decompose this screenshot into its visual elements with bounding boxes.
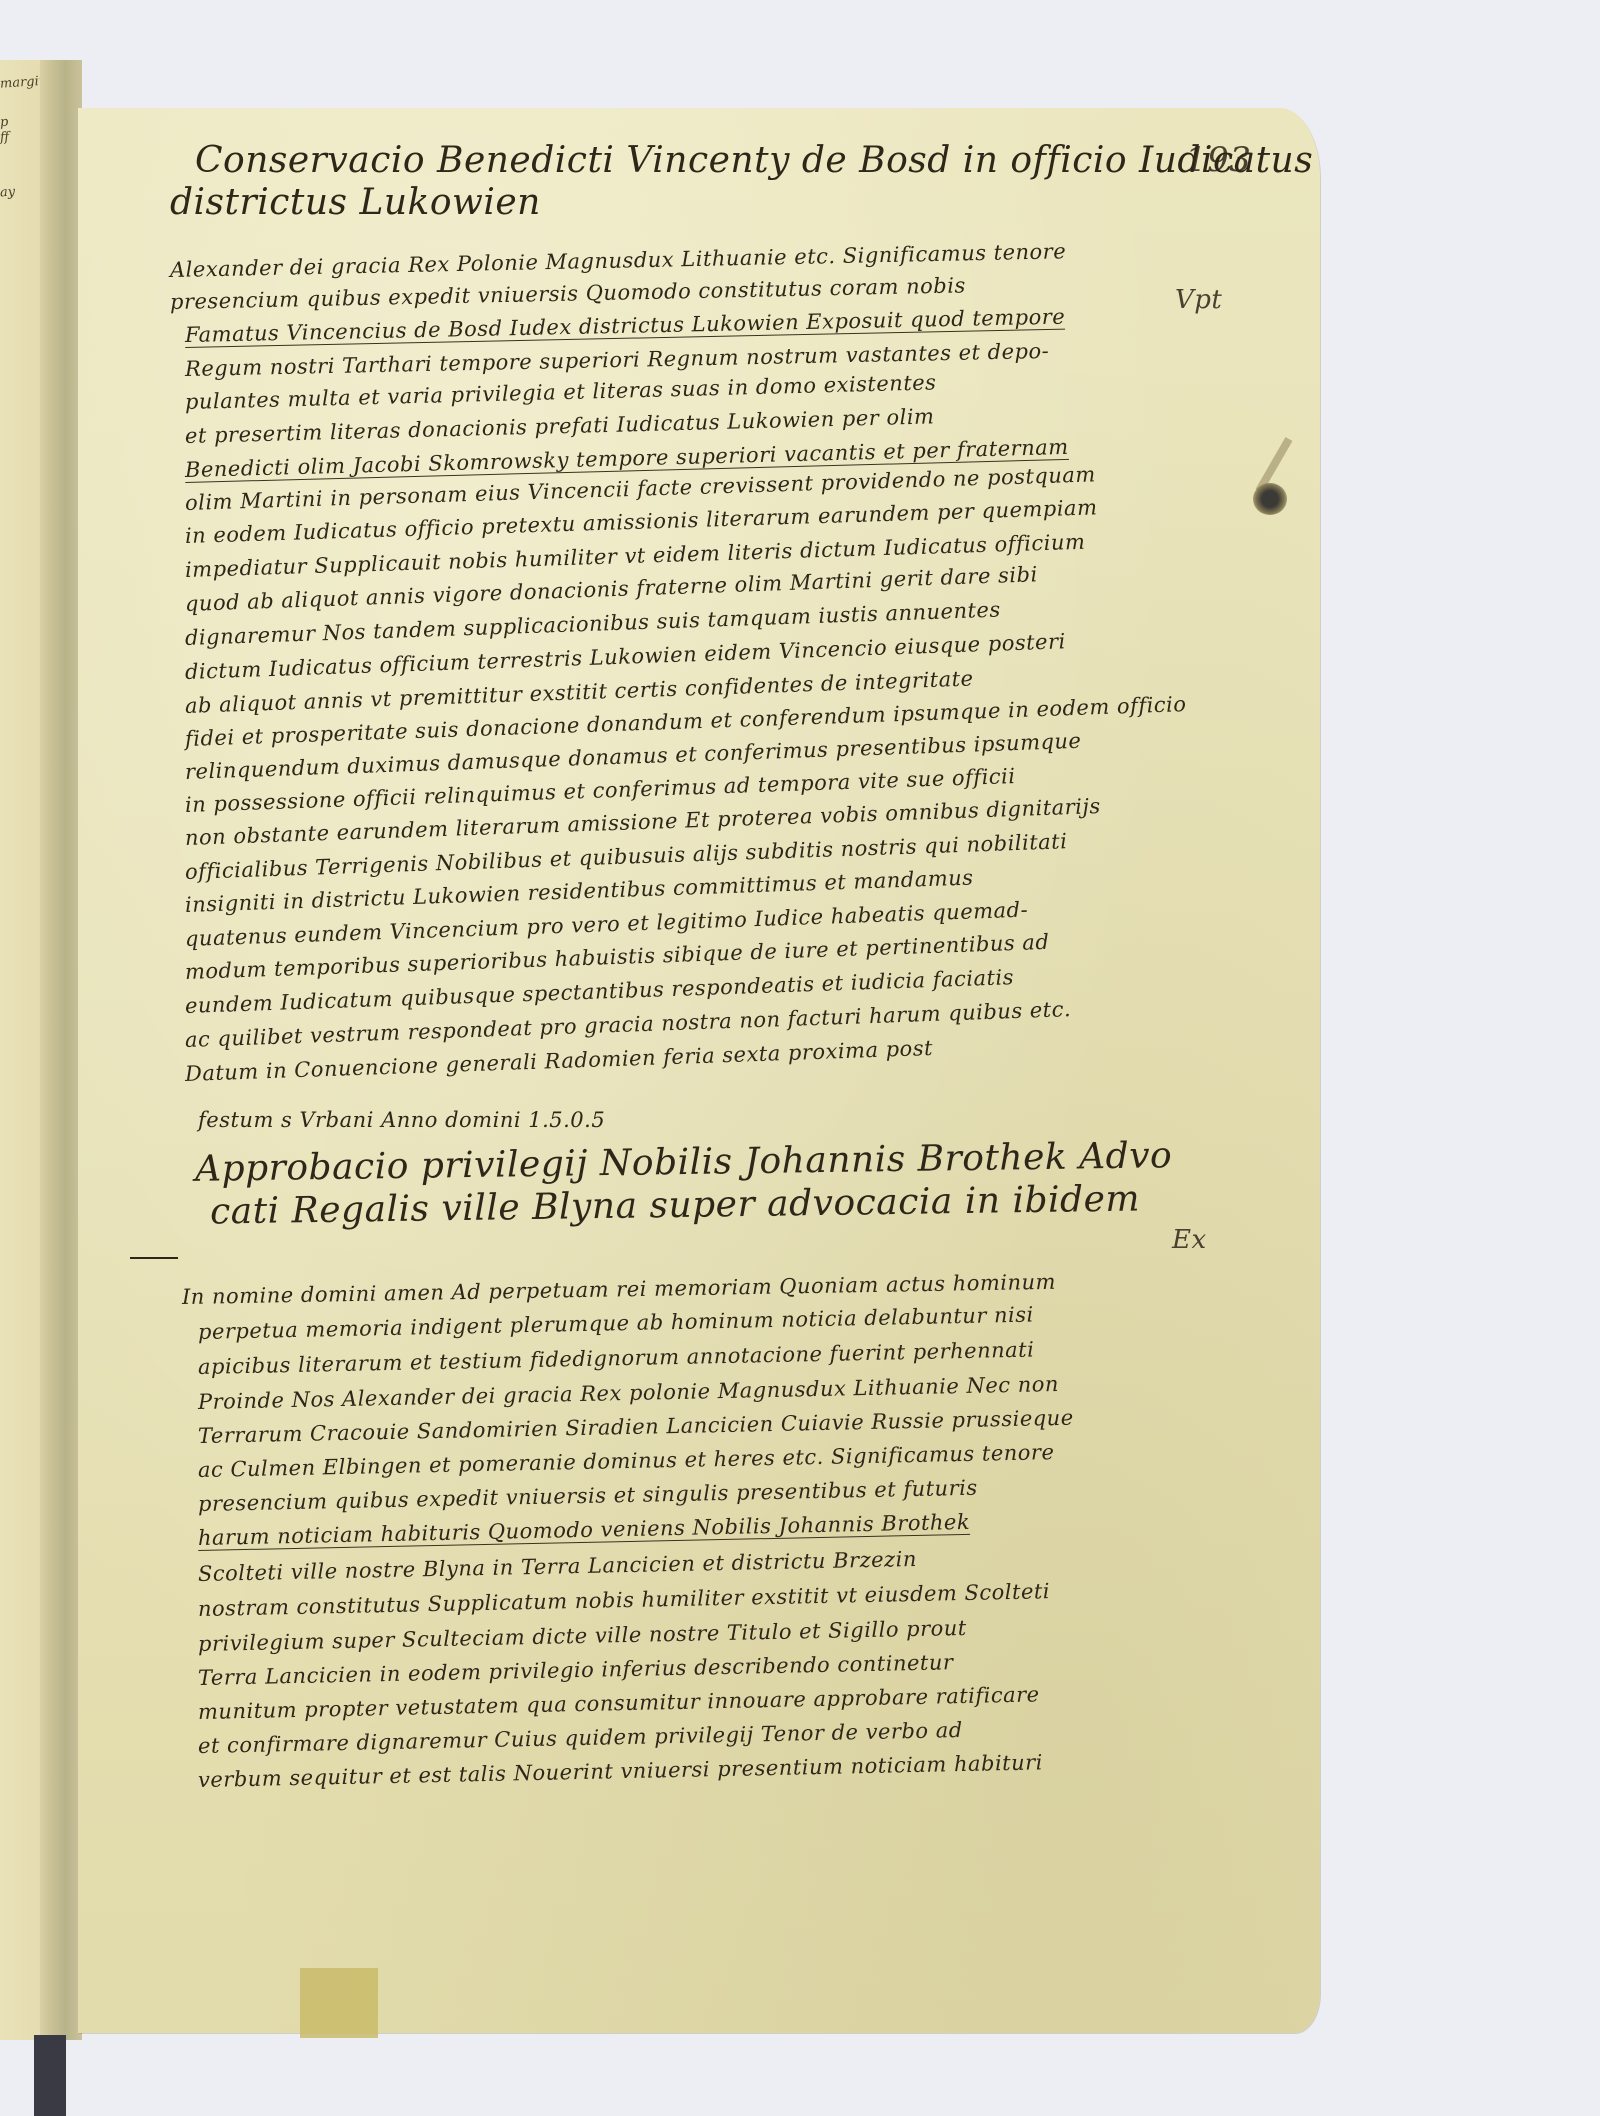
left-margin-note: p xyxy=(0,115,9,131)
date-line: festum s Vrbani Anno domini 1.5.0.5 xyxy=(198,1108,605,1132)
repair-tape xyxy=(300,1968,378,2038)
initial-letter-stroke xyxy=(130,1257,178,1259)
book-gutter xyxy=(40,60,82,2040)
entry1-heading-line: districtus Lukowien xyxy=(170,182,541,223)
margin-note: Vpt xyxy=(1175,285,1222,315)
ink-blot xyxy=(1253,483,1287,515)
margin-note: Ex xyxy=(1172,1225,1207,1255)
entry1-heading-line: Conservacio Benedicti Vincenty de Bosd i… xyxy=(195,140,1313,181)
left-margin-note: ff xyxy=(0,130,10,146)
left-margin-note: ay xyxy=(0,184,16,200)
binding-spine xyxy=(34,2035,66,2116)
